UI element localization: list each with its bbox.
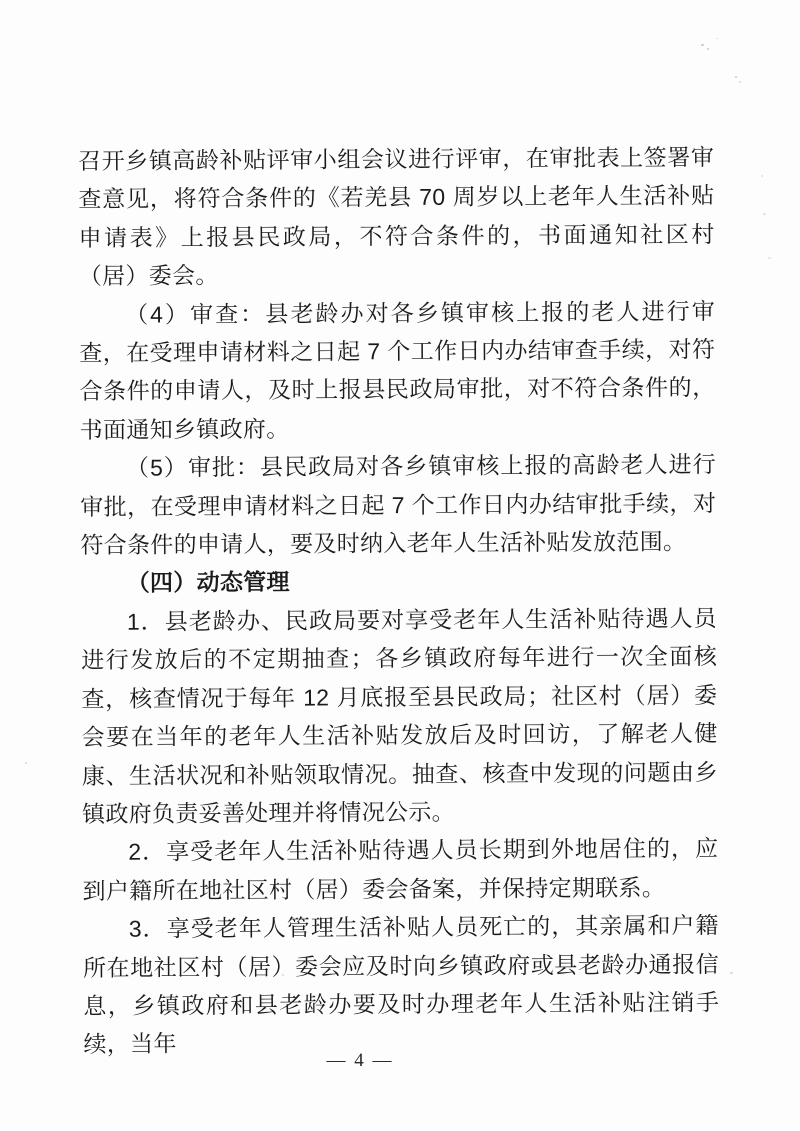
scan-speckle bbox=[761, 175, 763, 177]
scan-speckle bbox=[735, 76, 737, 78]
scan-speckle bbox=[763, 213, 766, 215]
scan-speckle bbox=[701, 44, 704, 46]
body-paragraph-step4-review: （4）审查：县老龄办对各乡镇审核上报的老人进行审查，在受理申请材料之日起 7 个… bbox=[79, 292, 716, 450]
page-footer: — 4 — bbox=[0, 1050, 800, 1072]
page-number: — 4 — bbox=[327, 1050, 394, 1071]
scan-speckle bbox=[707, 48, 709, 50]
scanned-document-page: 召开乡镇高龄补贴评审小组会议进行评审，在审批表上签署审查意见，将符合条件的《若羌… bbox=[0, 0, 800, 1131]
body-paragraph-item2: 2．享受老年人生活补贴待遇人员长期到外地居住的，应到户籍所在地社区村（居）委会备… bbox=[82, 829, 718, 910]
body-paragraph-item1: 1．县老龄办、民政局要对享受老年人生活补贴待遇人员进行发放后的不定期抽查；各乡镇… bbox=[81, 599, 718, 833]
body-paragraph-continuation: 召开乡镇高龄补贴评审小组会议进行评审，在审批表上签署审查意见，将符合条件的《若羌… bbox=[78, 138, 715, 296]
body-paragraph-step5-approval: （5）审批：县民政局对各乡镇审核上报的高龄老人进行审批，在受理申请材料之日起 7… bbox=[80, 445, 717, 564]
scan-speckle bbox=[730, 972, 733, 974]
body-paragraph-item3: 3．享受老年人管理生活补贴人员死亡的，其亲属和户籍所在地社区村（居）委会应及时向… bbox=[83, 906, 720, 1064]
scan-speckle bbox=[282, 974, 284, 976]
document-body: 召开乡镇高龄补贴评审小组会议进行评审，在审批表上签署审查意见，将符合条件的《若羌… bbox=[78, 138, 720, 1064]
section-heading-dynamic-management: （四）动态管理 bbox=[81, 561, 717, 603]
scan-speckle bbox=[716, 38, 718, 39]
scan-speckle bbox=[739, 81, 741, 83]
scan-speckle bbox=[113, 973, 115, 975]
scan-speckle bbox=[768, 257, 771, 259]
scan-speckle bbox=[25, 762, 27, 764]
